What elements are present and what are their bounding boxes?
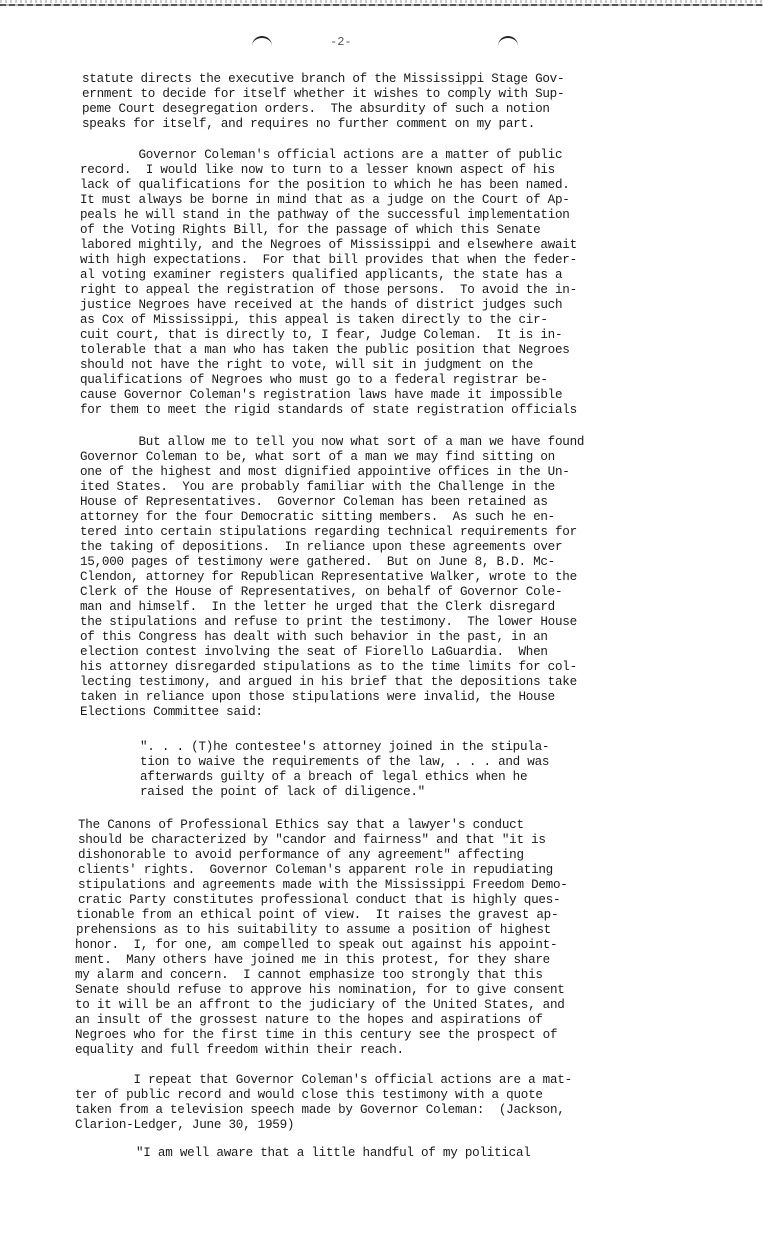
text-line: ter of public record and would close thi… — [75, 1088, 543, 1103]
text-line: lecting testimony, and argued in his bri… — [80, 675, 577, 690]
scan-edge-top — [0, 0, 763, 3]
text-line: ited States. You are probably familiar w… — [80, 480, 555, 495]
text-line: qualifications of Negroes who must go to… — [80, 373, 548, 388]
text-line: equality and full freedom within their r… — [75, 1043, 404, 1058]
text-line: ". . . (T)he contestee's attorney joined… — [140, 740, 549, 755]
text-line: cuit court, that is directly to, I fear,… — [80, 328, 562, 343]
text-line: ernment to decide for itself whether it … — [82, 87, 564, 102]
text-line: dishonorable to avoid performance of any… — [78, 848, 524, 863]
text-line: my alarm and concern. I cannot emphasize… — [75, 968, 543, 983]
text-line: House of Representatives. Governor Colem… — [80, 495, 548, 510]
text-line: tered into certain stipulations regardin… — [80, 525, 577, 540]
text-line: Clarion-Ledger, June 30, 1959) — [75, 1118, 294, 1133]
text-line: with high expectations. For that bill pr… — [80, 253, 577, 268]
text-line: Senate should refuse to approve his nomi… — [75, 983, 565, 998]
page-number: -2- — [330, 35, 352, 49]
text-line: It must always be borne in mind that as … — [80, 193, 570, 208]
text-line: But allow me to tell you now what sort o… — [80, 435, 584, 450]
text-line: lack of qualifications for the position … — [80, 178, 570, 193]
text-line: honor. I, for one, am compelled to speak… — [75, 938, 557, 953]
text-line: labored mightily, and the Negroes of Mis… — [80, 238, 577, 253]
punch-hole-mark-left — [252, 36, 272, 48]
text-line: peme Court desegregation orders. The abs… — [82, 102, 550, 117]
text-line: cratic Party constitutes professional co… — [78, 893, 560, 908]
text-line: prehensions as to his suitability to ass… — [76, 923, 551, 938]
text-line: taken from a television speech made by G… — [75, 1103, 565, 1118]
text-line: man and himself. In the letter he urged … — [80, 600, 555, 615]
text-line: election contest involving the seat of F… — [80, 645, 548, 660]
text-line: right to appeal the registration of thos… — [80, 283, 577, 298]
text-line: Clerk of the House of Representatives, o… — [80, 585, 562, 600]
text-line: "I am well aware that a little handful o… — [136, 1146, 531, 1161]
text-line: tionable from an ethical point of view. … — [76, 908, 558, 923]
text-line: statute directs the executive branch of … — [82, 72, 564, 87]
text-line: cause Governor Coleman's registration la… — [80, 388, 562, 403]
text-line: should not have the right to vote, will … — [80, 358, 533, 373]
text-line: record. I would like now to turn to a le… — [80, 163, 555, 178]
text-line: I repeat that Governor Coleman's officia… — [75, 1073, 572, 1088]
text-line: The Canons of Professional Ethics say th… — [78, 818, 524, 833]
punch-hole-mark-right — [498, 36, 518, 48]
text-line: his attorney disregarded stipulations as… — [80, 660, 577, 675]
text-line: al voting examiner registers qualified a… — [80, 268, 562, 283]
text-line: 15,000 pages of testimony were gathered.… — [80, 555, 555, 570]
scan-border-line — [0, 4, 763, 6]
text-line: of this Congress has dealt with such beh… — [80, 630, 548, 645]
text-line: taken in reliance upon those stipulation… — [80, 690, 555, 705]
text-line: Governor Coleman's official actions are … — [80, 148, 562, 163]
text-line: afterwards guilty of a breach of legal e… — [140, 770, 527, 785]
text-line: one of the highest and most dignified ap… — [80, 465, 570, 480]
text-line: Negroes who for the first time in this c… — [75, 1028, 557, 1043]
text-line: the stipulations and refuse to print the… — [80, 615, 577, 630]
text-line: peals he will stand in the pathway of th… — [80, 208, 570, 223]
text-line: raised the point of lack of diligence." — [140, 785, 425, 800]
text-line: ment. Many others have joined me in this… — [75, 953, 550, 968]
text-line: Clendon, attorney for Republican Represe… — [80, 570, 577, 585]
text-line: speaks for itself, and requires no furth… — [82, 117, 535, 132]
text-line: attorney for the four Democratic sitting… — [80, 510, 555, 525]
text-line: of the Voting Rights Bill, for the passa… — [80, 223, 540, 238]
text-line: justice Negroes have received at the han… — [80, 298, 562, 313]
text-line: as Cox of Mississippi, this appeal is ta… — [80, 313, 548, 328]
text-line: the taking of depositions. In reliance u… — [80, 540, 562, 555]
text-line: should be characterized by "candor and f… — [78, 833, 546, 848]
text-line: tion to waive the requirements of the la… — [140, 755, 549, 770]
text-line: an insult of the grossest nature to the … — [75, 1013, 543, 1028]
text-line: clients' rights. Governor Coleman's appa… — [78, 863, 553, 878]
text-line: tolerable that a man who has taken the p… — [80, 343, 570, 358]
text-line: to it will be an affront to the judiciar… — [75, 998, 565, 1013]
text-line: for them to meet the rigid standards of … — [80, 403, 577, 418]
text-line: Elections Committee said: — [80, 705, 263, 720]
text-line: Governor Coleman to be, what sort of a m… — [80, 450, 555, 465]
text-line: stipulations and agreements made with th… — [78, 878, 568, 893]
